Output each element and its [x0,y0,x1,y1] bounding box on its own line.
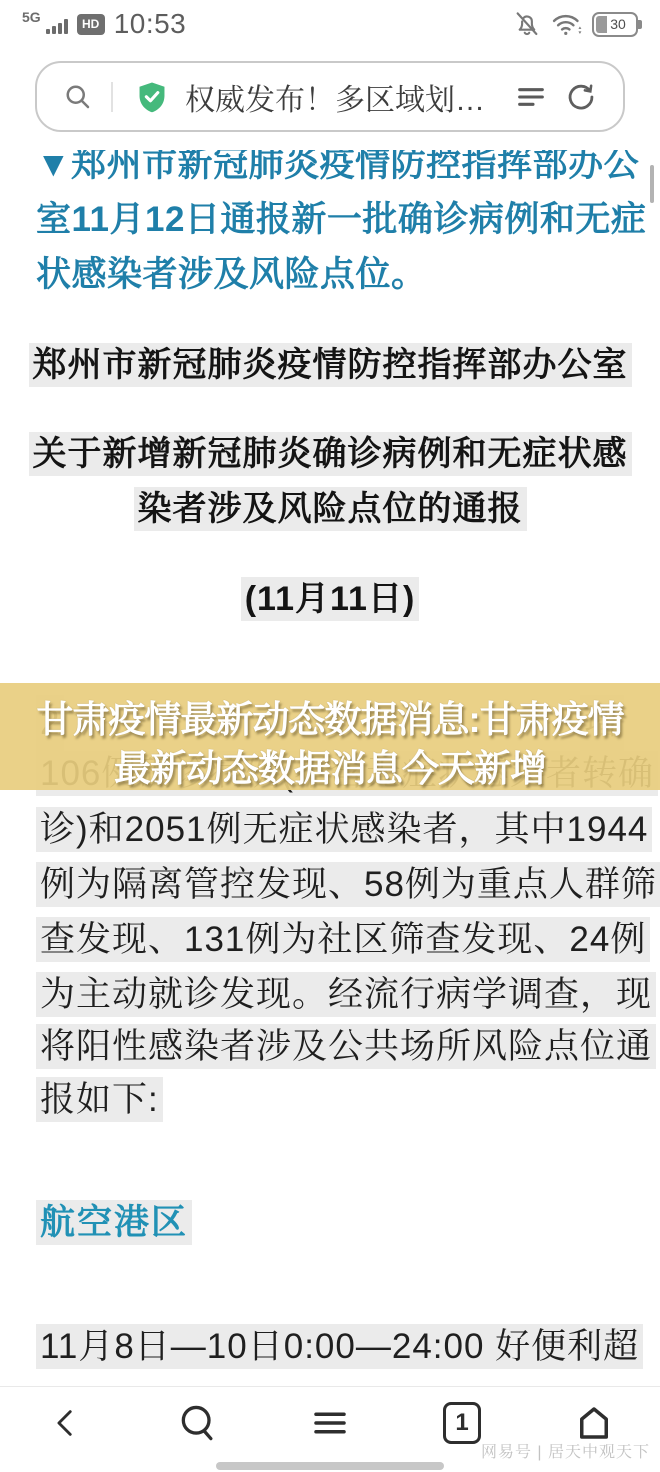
body-line: 将阳性感染者涉及公共场所风险点位通 [0,1022,660,1072]
hd-volte-icon: HD [77,14,105,35]
body-line: 例为隔离管控发现、58例为重点人群筛 [0,860,660,910]
wifi-icon [551,9,583,39]
body-line: 报如下: [0,1075,660,1125]
mute-bell-icon [512,9,542,39]
signal-strength-icon [46,18,68,34]
schedule-line: 11月8日—10日0:00—24:00 好便利超 [0,1322,660,1372]
reading-list-icon[interactable] [513,81,549,113]
battery-percent: 30 [610,16,626,32]
status-right: 30 [512,9,638,39]
browser-bottom-nav: 1 网易号 | 居天中观天下 [0,1386,660,1472]
status-bar: 5G HD 10:53 [0,0,660,48]
divider [111,82,113,112]
lead-paragraph-line: 室11月12日通报新一批确诊病例和无症 [0,195,660,245]
notice-heading-line: 染者涉及风险点位的通报 [0,484,660,534]
body-line: 诊)和2051例无症状感染者，其中1944 [0,805,660,855]
network-type-label: 5G [22,9,41,25]
tab-count: 1 [443,1402,481,1444]
watermark-headline-line: 甘肃疫情最新动态数据消息:甘肃疫情 [0,689,660,743]
lead-paragraph-line: ▼郑州市新冠肺炎疫情防控指挥部办公 [0,150,660,190]
section-heading-airport-zone: 航空港区 [0,1198,660,1248]
home-indicator-bar[interactable] [216,1462,444,1470]
notice-date-line: (11月11日) [0,574,660,624]
scrollbar-thumb[interactable] [650,165,654,203]
web-page-content: ▼郑州市新冠肺炎疫情防控指挥部办公 室11月12日通报新一批确诊病例和无症 状感… [0,150,660,1386]
site-safety-shield-icon[interactable] [135,80,169,114]
search-icon [63,82,93,112]
office-heading: 郑州市新冠肺炎疫情防控指挥部办公室 [0,340,660,390]
watermark-headline-band: 甘肃疫情最新动态数据消息:甘肃疫情 最新动态数据消息今天新增 [0,683,660,790]
watermark-headline-line: 最新动态数据消息今天新增 [0,738,660,792]
notice-heading-line: 关于新增新冠肺炎确诊病例和无症状感 [0,429,660,479]
body-line: 查发现、131例为社区筛查发现、24例 [0,915,660,965]
netease-watermark: 网易号 | 居天中观天下 [481,1439,650,1462]
status-left: 5G HD 10:53 [22,8,186,40]
refresh-icon[interactable] [565,81,597,113]
menu-button[interactable] [304,1397,356,1449]
lead-paragraph-line: 状感染者涉及风险点位。 [0,250,660,300]
battery-icon: 30 [592,12,638,37]
body-line: 为主动就诊发现。经流行病学调查，现 [0,970,660,1020]
back-button[interactable] [40,1397,92,1449]
phone-screen: 5G HD 10:53 [0,0,660,1472]
browser-toolbar: 权威发布！多区域划… [0,48,660,150]
status-clock: 10:53 [114,8,187,40]
address-bar[interactable]: 权威发布！多区域划… [35,61,625,132]
search-button[interactable] [172,1397,224,1449]
page-title[interactable]: 权威发布！多区域划… [185,75,497,119]
